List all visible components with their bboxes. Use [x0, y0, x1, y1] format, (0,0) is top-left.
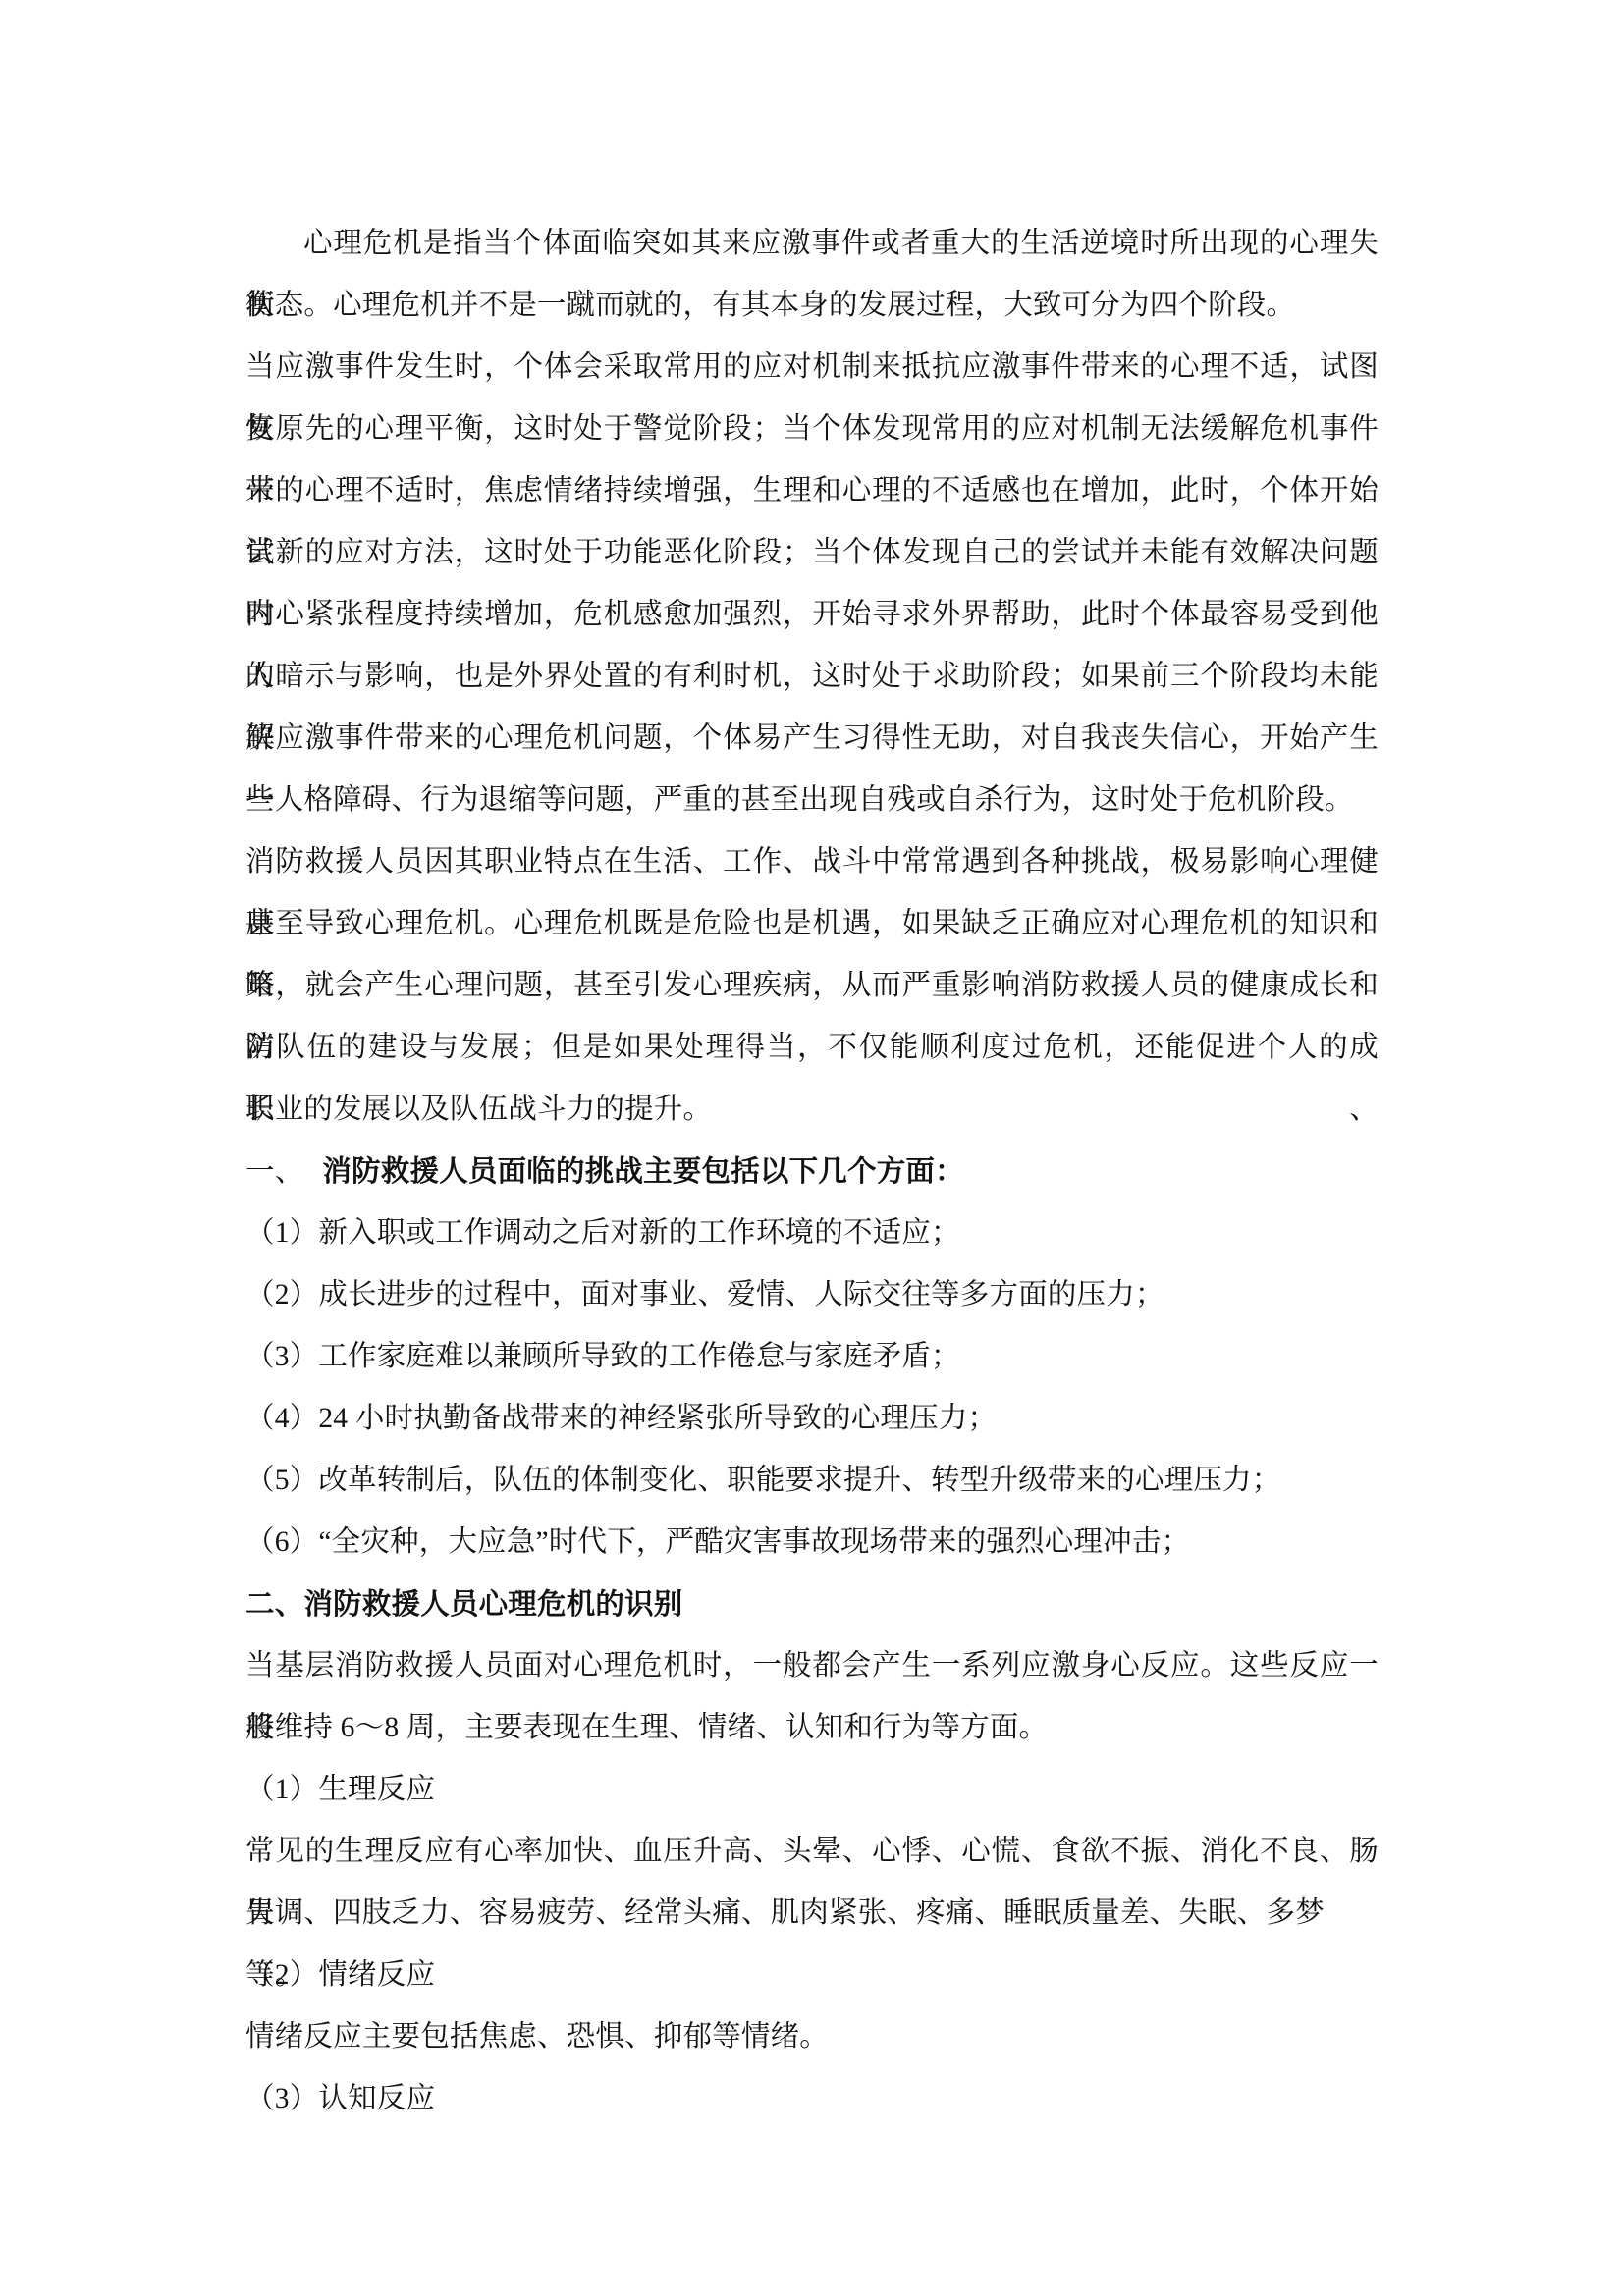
heading-number: 二、	[245, 1588, 303, 1621]
heading-text: 消防救援人员面临的挑战主要包括以下几个方面：	[322, 1155, 963, 1188]
text-line: （2）成长进步的过程中，面对事业、爱情、人际交往等多方面的压力；	[245, 1264, 1379, 1326]
heading-number: 一、	[245, 1156, 303, 1188]
text-line: （2）情绪反应	[245, 1945, 1379, 2006]
text-line: 复原先的心理平衡，这时处于警觉阶段；当个体发现常用的应对机制无法缓解危机事件带	[245, 399, 1379, 460]
text-line: 状态。心理危机并不是一蹴而就的，有其本身的发展过程，大致可分为四个阶段。	[245, 275, 1379, 337]
text-line: 当基层消防救援人员面对心理危机时，一般都会产生一系列应激身心反应。这些反应一般	[245, 1635, 1379, 1697]
text-line: 甚至导致心理危机。心理危机既是危险也是机遇，如果缺乏正确应对心理危机的知识和策	[245, 893, 1379, 955]
text-line: 心理危机是指当个体面临突如其来应激事件或者重大的生活逆境时所出现的心理失衡	[245, 213, 1379, 275]
text-line: 当应激事件发生时，个体会采取常用的应对机制来抵抗应激事件带来的心理不适，试图恢	[245, 337, 1379, 399]
text-line: （5）改革转制后，队伍的体制变化、职能要求提升、转型升级带来的心理压力；	[245, 1450, 1379, 1512]
text-line: 的暗示与影响，也是外界处置的有利时机，这时处于求助阶段；如果前三个阶段均未能解	[245, 646, 1379, 708]
text-line: 防队伍的建设与发展；但是如果处理得当，不仅能顺利度过危机，还能促进个人的成长、	[245, 1017, 1379, 1079]
heading-text: 消防救援人员心理危机的识别	[303, 1588, 682, 1621]
text-line: 内心紧张程度持续增加，危机感愈加强烈，开始寻求外界帮助，此时个体最容易受到他人	[245, 584, 1379, 646]
text-line: 来的心理不适时，焦虑情绪持续增强，生理和心理的不适感也在增加，此时，个体开始尝	[245, 460, 1379, 522]
text-line: 消防救援人员因其职业特点在生活、工作、战斗中常常遇到各种挑战，极易影响心理健康	[245, 831, 1379, 893]
section-heading: 二、消防救援人员心理危机的识别	[245, 1574, 1379, 1635]
text-line: 略，就会产生心理问题，甚至引发心理疾病，从而严重影响消防救援人员的健康成长和消	[245, 955, 1379, 1017]
text-line: 些人格障碍、行为退缩等问题，严重的甚至出现自残或自杀行为，这时处于危机阶段。	[245, 770, 1379, 831]
text-line: 将维持 6～8 周，主要表现在生理、情绪、认知和行为等方面。	[245, 1697, 1379, 1759]
text-line: （1）新入职或工作调动之后对新的工作环境的不适应；	[245, 1202, 1379, 1264]
text-line: （3）工作家庭难以兼顾所导致的工作倦怠与家庭矛盾；	[245, 1326, 1379, 1388]
text-line: 试新的应对方法，这时处于功能恶化阶段；当个体发现自己的尝试并未能有效解决问题时	[245, 522, 1379, 584]
text-line: 决应激事件带来的心理危机问题，个体易产生习得性无助，对自我丧失信心，开始产生一	[245, 708, 1379, 770]
text-line: （1）生理反应	[245, 1759, 1379, 1821]
document-body: 心理危机是指当个体面临突如其来应激事件或者重大的生活逆境时所出现的心理失衡状态。…	[245, 213, 1379, 2130]
document-page: 心理危机是指当个体面临突如其来应激事件或者重大的生活逆境时所出现的心理失衡状态。…	[0, 0, 1624, 2296]
text-line: 情绪反应主要包括焦虑、恐惧、抑郁等情绪。	[245, 2006, 1379, 2068]
text-line: （4）24 小时执勤备战带来的神经紧张所导致的心理压力；	[245, 1388, 1379, 1450]
text-line: （6）“全灾种，大应急”时代下，严酷灾害事故现场带来的强烈心理冲击；	[245, 1512, 1379, 1574]
text-line: 常见的生理反应有心率加快、血压升高、头晕、心悸、心慌、食欲不振、消化不良、肠胃	[245, 1821, 1379, 1883]
section-heading: 一、消防救援人员面临的挑战主要包括以下几个方面：	[245, 1141, 1379, 1202]
text-line: （3）认知反应	[245, 2068, 1379, 2130]
text-line: 失调、四肢乏力、容易疲劳、经常头痛、肌肉紧张、疼痛、睡眠质量差、失眠、多梦等。	[245, 1883, 1379, 1945]
